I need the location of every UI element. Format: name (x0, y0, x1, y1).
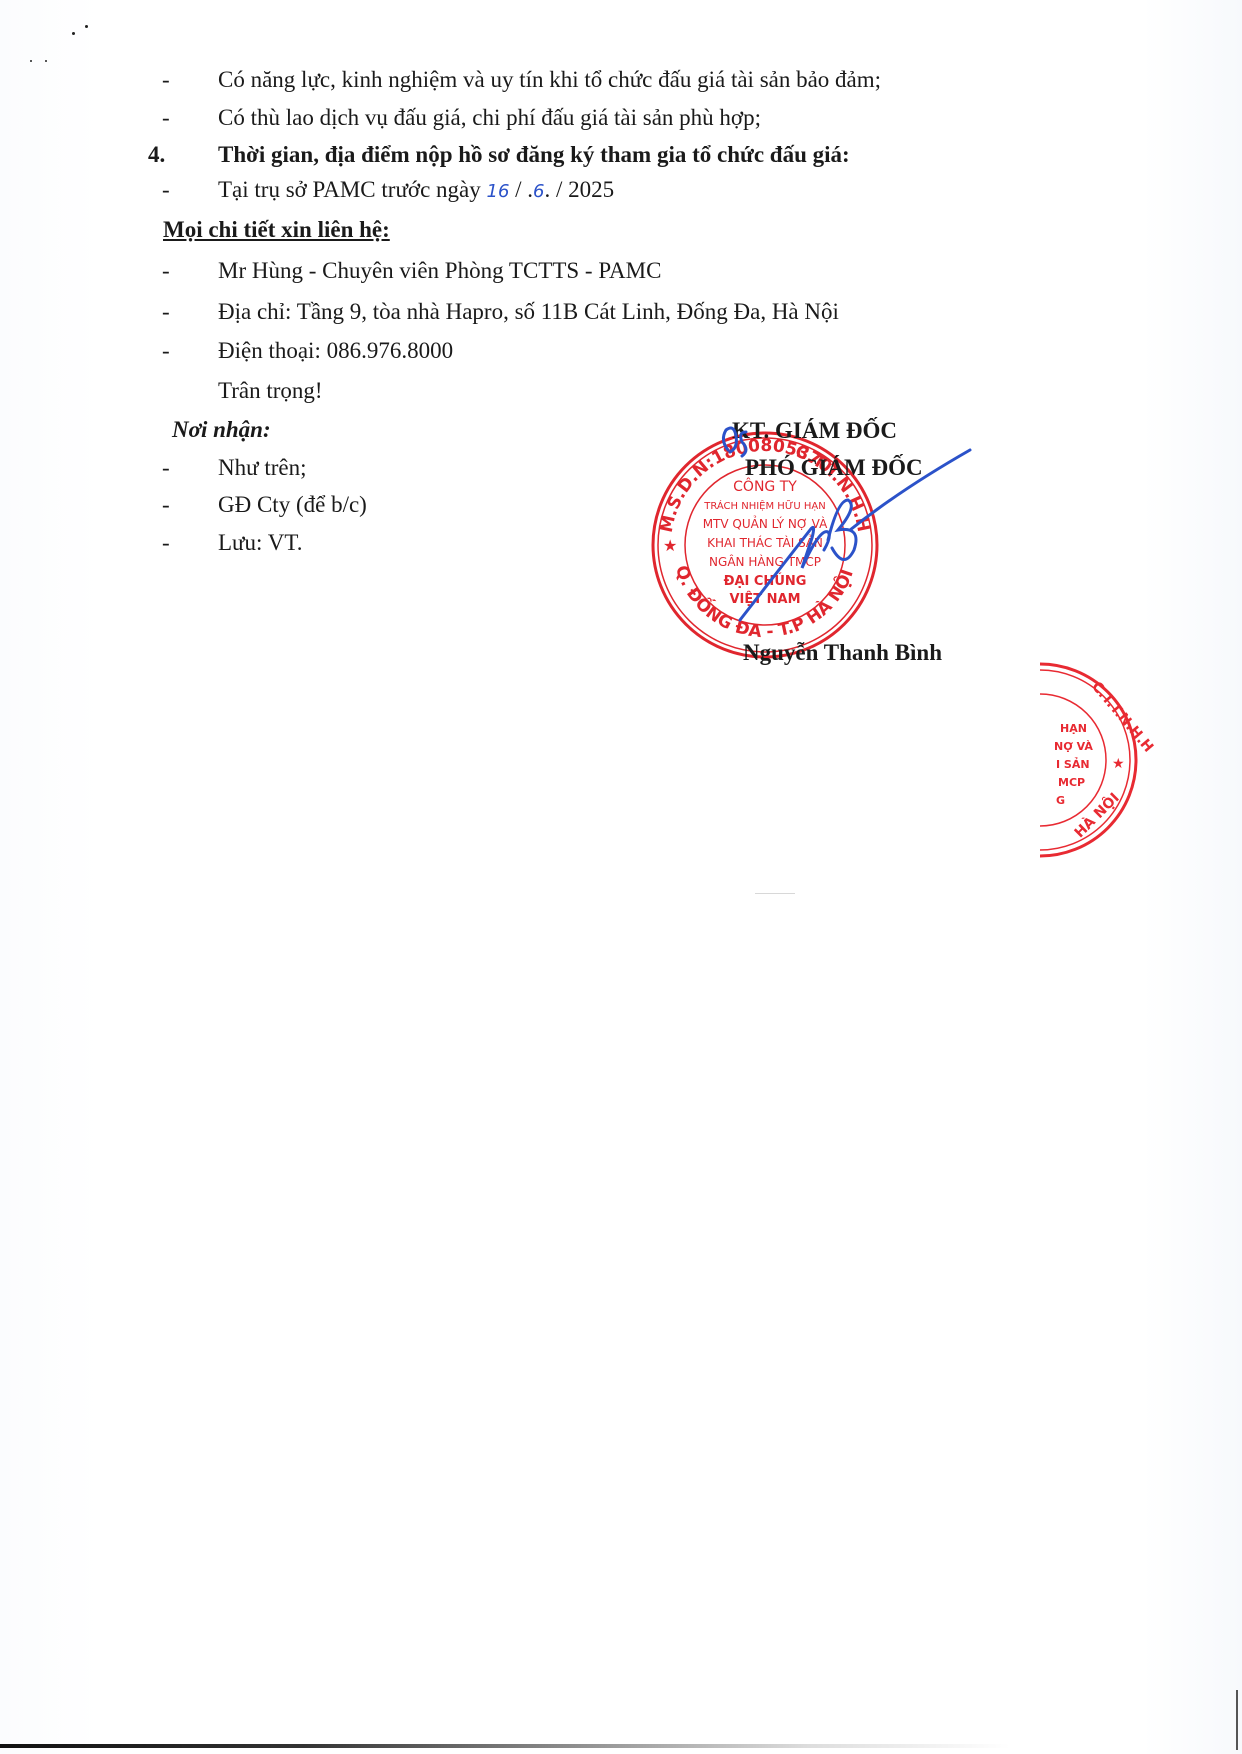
criteria-text: Có thù lao dịch vụ đấu giá, chi phí đấu … (218, 104, 761, 132)
partial-stamp-line: HẠN (1060, 722, 1087, 735)
star-icon: ★ (663, 536, 677, 555)
handwritten-month: 6 (533, 181, 544, 202)
recipients-heading: Nơi nhận: (172, 416, 271, 444)
scan-artifact (755, 893, 795, 894)
handwritten-signature (700, 420, 980, 650)
handwritten-day: 16 (487, 181, 510, 202)
partial-stamp-line: G (1056, 794, 1065, 807)
bullet-dash: - (162, 104, 170, 132)
star-icon: ★ (1112, 756, 1125, 772)
date-separator: / . (509, 177, 533, 202)
bullet-dash: - (162, 257, 170, 285)
scan-edge-line (1236, 1690, 1238, 1750)
date-year: . / 2025 (545, 177, 615, 202)
submission-prefix: Tại trụ sở PAMC trước ngày (218, 177, 487, 202)
closing-text: Trân trọng! (218, 377, 323, 405)
contact-phone: Điện thoại: 086.976.8000 (218, 337, 453, 365)
contact-address: Địa chỉ: Tầng 9, tòa nhà Hapro, số 11B C… (218, 298, 839, 326)
bullet-dash: - (162, 529, 170, 557)
bullet-dash: - (162, 337, 170, 365)
section-number: 4. (148, 141, 165, 169)
recipient-text: Lưu: VT. (218, 529, 302, 557)
partial-stamp-line: I SẢN (1056, 757, 1090, 771)
submission-text: Tại trụ sở PAMC trước ngày 16 / .6. / 20… (218, 176, 614, 206)
bullet-dash: - (162, 491, 170, 519)
partial-stamp-ring: C.T.T.N.H.H (1088, 679, 1156, 756)
bullet-dash: - (162, 298, 170, 326)
recipient-text: Như trên; (218, 454, 306, 482)
scan-speck (30, 60, 32, 62)
bullet-dash: - (162, 176, 170, 204)
bullet-dash: - (162, 454, 170, 482)
criteria-text: Có năng lực, kinh nghiệm và uy tín khi t… (218, 66, 881, 94)
scanned-page: - Có năng lực, kinh nghiệm và uy tín khi… (0, 0, 1242, 1754)
bullet-dash: - (162, 66, 170, 94)
section-title: Thời gian, địa điểm nộp hồ sơ đăng ký th… (218, 141, 850, 169)
recipient-text: GĐ Cty (để b/c) (218, 491, 367, 519)
scan-speck (45, 60, 47, 62)
contact-heading: Mọi chi tiết xin liên hệ: (163, 216, 390, 244)
scan-speck (85, 25, 88, 28)
partial-stamp-line: NỢ VÀ (1054, 740, 1093, 753)
partial-stamp-ring-bottom: HÀ NỘI (1070, 789, 1123, 842)
partial-stamp: C.T.T.N.H.H ★ HÀ NỘI HẠN NỢ VÀ I SẢN MCP… (1040, 650, 1242, 870)
contact-person: Mr Hùng - Chuyên viên Phòng TCTTS - PAMC (218, 257, 661, 285)
partial-stamp-line: MCP (1058, 776, 1085, 789)
scan-edge-line (0, 1744, 1010, 1748)
scan-speck (72, 32, 75, 35)
